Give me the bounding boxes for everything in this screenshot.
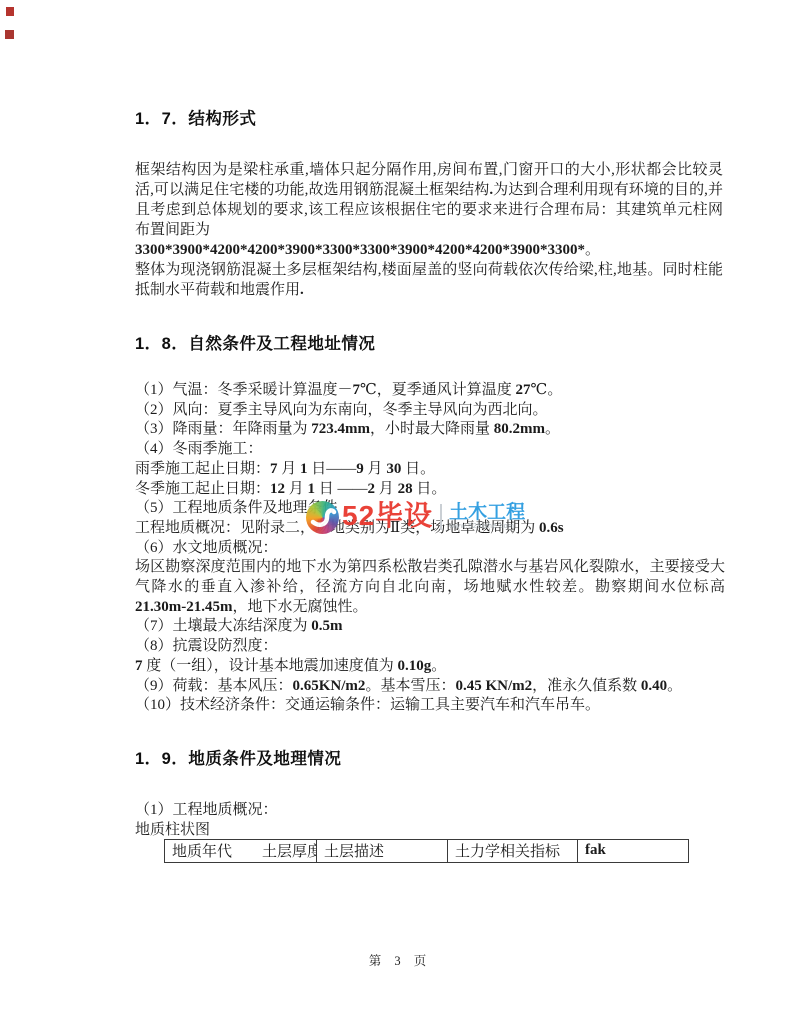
section-heading-1-8: 1．8．自然条件及工程地址情况 <box>135 330 375 354</box>
table-header-soil-description: 土层描述 <box>317 840 448 863</box>
52bishe-logo-icon <box>306 501 339 534</box>
geology-column-chart-label: 地质柱状图 <box>135 820 725 840</box>
list-item: 雨季施工起止日期：7 月 1 日——9 月 30 日。 <box>135 460 725 480</box>
list-item: （6）水文地质概况： <box>135 539 725 559</box>
page-number: 第 3 页 <box>0 951 800 969</box>
paragraph-text: 框架结构因为是梁柱承重,墙体只起分隔作用,房间布置,门窗开口的大小,形状都会比较… <box>135 160 723 240</box>
list-item: 冬季施工起止日期：12 月 1 日 ——2 月 28 日。 <box>135 480 725 500</box>
paragraph-text: 整体为现浇钢筋混凝土多层框架结构,楼面屋盖的竖向荷载依次传给梁,柱,地基。同时柱… <box>135 260 723 300</box>
list-item: （2）风向：夏季主导风向为东南向，冬季主导风向为西北向。 <box>135 401 725 421</box>
list-item: （3）降雨量：年降雨量为 723.4mm，小时最大降雨量 80.2mm。 <box>135 420 725 440</box>
column-grid-dimensions: 3300*3900*4200*4200*3900*3300*3300*3900*… <box>135 240 723 260</box>
document-page: 1．7．结构形式 框架结构因为是梁柱承重,墙体只起分隔作用,房间布置,门窗开口的… <box>0 0 800 1035</box>
table-header-row: 地质年代 土层厚度 土层描述 土力学相关指标 fak <box>165 840 689 863</box>
watermark: 52毕设 土木工程 www.52bishe.com <box>306 498 525 538</box>
section-heading-1-7: 1．7．结构形式 <box>135 105 256 129</box>
table-header-fak: fak <box>578 840 689 863</box>
watermark-site-name: 52毕设 <box>342 498 433 534</box>
list-item: （10）技术经济条件：交通运输条件：运输工具主要汽车和汽车吊车。 <box>135 696 725 716</box>
list-item: （8）抗震设防烈度： <box>135 637 725 657</box>
table-header-soil-mechanics: 土力学相关指标 <box>448 840 578 863</box>
natural-conditions-list: （1）气温：冬季采暖计算温度－7℃，夏季通风计算温度 27℃。 （2）风向：夏季… <box>135 381 725 716</box>
table-header-era-thickness: 地质年代 土层厚度 <box>165 840 317 863</box>
watermark-url: www.52bishe.com <box>449 523 525 531</box>
red-annotation-mark-icon <box>6 7 14 16</box>
list-item: （1）气温：冬季采暖计算温度－7℃，夏季通风计算温度 27℃。 <box>135 381 725 401</box>
structural-form-paragraph: 框架结构因为是梁柱承重,墙体只起分隔作用,房间布置,门窗开口的大小,形状都会比较… <box>135 160 723 300</box>
list-item: （4）冬雨季施工： <box>135 440 725 460</box>
watermark-divider <box>440 504 442 530</box>
section-heading-1-9: 1．9．地质条件及地理情况 <box>135 745 341 769</box>
red-annotation-mark-icon <box>5 30 14 39</box>
hydrogeology-paragraph: 场区勘察深度范围内的地下水为第四系松散岩类孔隙潜水与基岩风化裂隙水，主要接受大气… <box>135 558 725 617</box>
list-item: （1）工程地质概况： <box>135 800 725 820</box>
list-item: （9）荷载：基本风压：0.65KN/m2。基本雪压：0.45 KN/m2，准永久… <box>135 677 725 697</box>
geology-table: 地质年代 土层厚度 土层描述 土力学相关指标 fak <box>164 839 689 863</box>
list-item: 7 度（一组），设计基本地震加速度值为 0.10g。 <box>135 657 725 677</box>
list-item: （7）土壤最大冻结深度为 0.5m <box>135 617 725 637</box>
watermark-category: 土木工程 <box>449 502 525 523</box>
geology-intro: （1）工程地质概况： 地质柱状图 <box>135 800 725 840</box>
